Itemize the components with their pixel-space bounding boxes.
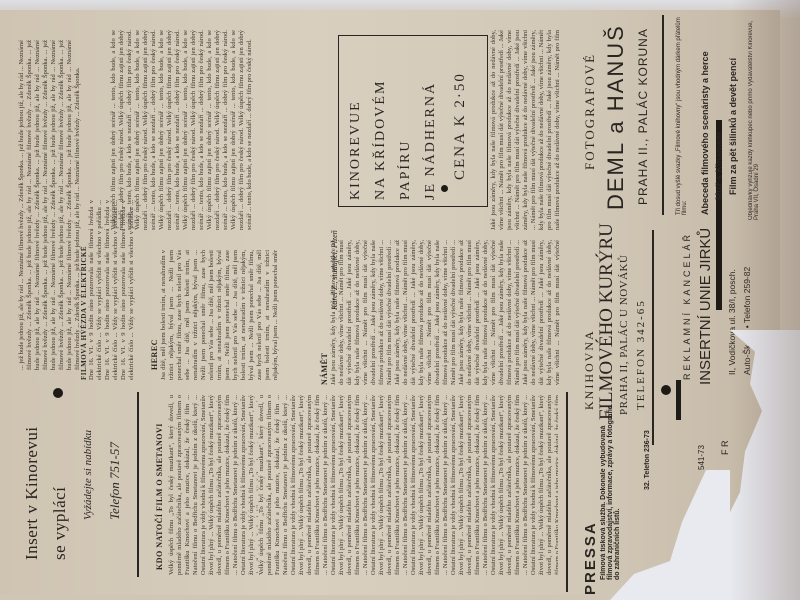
article-middle-text: Velký úspěch filmu zajistí jen dobrý scé… (110, 30, 320, 230)
photo-ad-address: PRAHA II., PALÁC KORUNA (636, 15, 650, 205)
books-item-2: Muž s Kinamem (714, 130, 724, 200)
article-smetana-body: Velký úspěch filmu „To byl český muzikan… (168, 395, 258, 575)
library-line1: KNIHOVNA (582, 290, 597, 410)
divider (566, 392, 568, 592)
pressa-body: Filmová tisková služba. Dokonale vybudov… (600, 400, 630, 580)
pressa-phone: 32. Telefon 236-73 (644, 400, 651, 490)
agency-name: INSERTNÍ UNIE JIRKŮ (697, 235, 714, 385)
insert-ad-request: Vyžádejte si nabídku (82, 400, 94, 520)
agency-label: REKLAMNÍ KANCELÁŘ (682, 240, 692, 380)
shadow (730, 0, 800, 600)
pressa-partial-phone: 541-73 (697, 430, 706, 470)
divider (662, 15, 664, 215)
insert-ad-subtitle: se vyplácí (50, 440, 70, 560)
insert-ad-title: Insert v Kinorevui (22, 395, 42, 560)
kinorevue-line4: JE NÁDHERNÁ (423, 60, 439, 200)
library-line3: PRAHA II, PALÁC U NOVÁKŮ (618, 235, 630, 415)
article-smetana-body-cont: Velký úspěch filmu „To byl český muzikan… (258, 395, 558, 575)
books-intro: Tři dosud vyšlé svazky „Filmové knihovny… (676, 15, 696, 215)
insert-ad-phone: Telefon 751-57 (107, 410, 123, 520)
bullet-icon (441, 185, 448, 192)
bullet-icon (661, 385, 671, 395)
pressa-partial-text: F R (720, 425, 730, 455)
article-namet-heading: NÁMĚT (320, 345, 329, 385)
photo-ad-label: FOTOGRAFOVÉ (582, 20, 598, 170)
kinorevue-line1: KINOREVUE (348, 60, 364, 200)
kinorevue-price: CENA K 2·50 (452, 70, 469, 180)
library-line2: FILMOVÉHO KURÝRU (596, 230, 618, 420)
article-herec-body: Jsa dítě, měl jsem bolesti trním, at nen… (160, 250, 280, 380)
bar-decoration (676, 380, 681, 420)
bullet-icon (53, 388, 63, 398)
pressa-title: PRESSA (582, 520, 599, 595)
article-herec-heading: HEREC (150, 330, 159, 370)
library-phone: TELEFON 342-65 (635, 280, 647, 410)
kinorevue-line3: PAPÍRU (398, 120, 414, 200)
divider (652, 230, 654, 445)
books-item-1: Abeceda filmového scenáristy a herce (700, 15, 710, 215)
kinorevue-line2: NA KŘÍDOVÉM (373, 50, 389, 200)
article-smetana-heading: KDO NATOČÍ FILM O SMETANOVI (155, 395, 164, 570)
letter-signature: Karel Z., studující, Plzeň (330, 210, 339, 310)
divider (137, 392, 139, 577)
photo-ad-name: DEML a HANUŠ (603, 10, 629, 210)
article-star-heading: FILMOVÁ HVĚZDA V ELEKTRICKÉ (80, 220, 88, 380)
article-right-text: Jaké jsou záměry, kdy byla naše filmová … (490, 30, 560, 230)
article-namet-body: Jaké jsou záměry, kdy byla naše filmová … (330, 240, 560, 385)
